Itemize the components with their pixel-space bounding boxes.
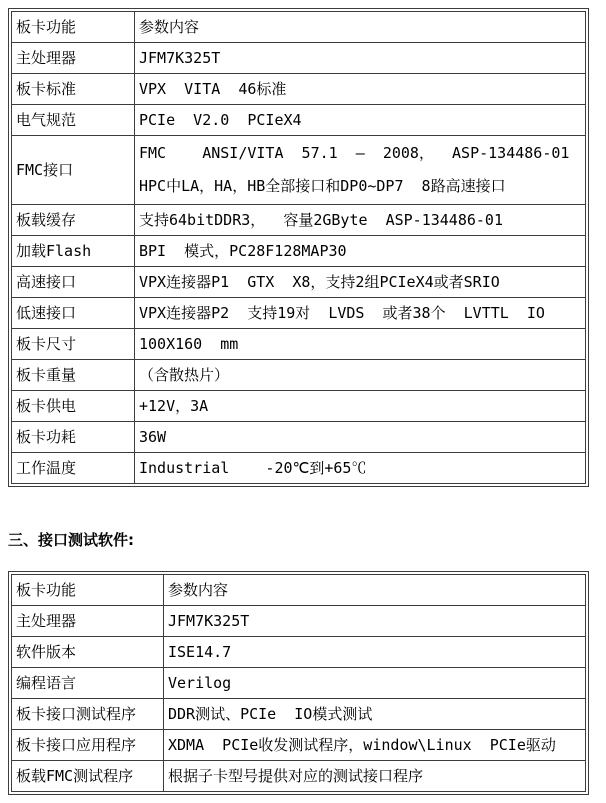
row-label-cell: 板卡标准 bbox=[12, 74, 135, 105]
table-row: 主处理器JFM7K325T bbox=[12, 43, 586, 74]
row-label-cell: 板载缓存 bbox=[12, 205, 135, 236]
table-row: 软件版本ISE14.7 bbox=[12, 637, 586, 668]
table-row: 板载缓存支持64bitDDR3， 容量2GByte ASP-134486-01 bbox=[12, 205, 586, 236]
row-value-cell: 参数内容 bbox=[135, 12, 586, 43]
table-row: FMC接口FMC ANSI/VITA 57.1 – 2008， ASP-1344… bbox=[12, 136, 586, 205]
row-value-cell: FMC ANSI/VITA 57.1 – 2008， ASP-134486-01… bbox=[135, 136, 586, 205]
row-value-cell: 支持64bitDDR3， 容量2GByte ASP-134486-01 bbox=[135, 205, 586, 236]
table-row: 板卡功能参数内容 bbox=[12, 575, 586, 606]
table-row: 低速接口VPX连接器P2 支持19对 LVDS 或者38个 LVTTL IO bbox=[12, 298, 586, 329]
board-spec-table-body: 板卡功能参数内容主处理器JFM7K325T板卡标准VPX VITA 46标准电气… bbox=[12, 12, 586, 484]
row-label-cell: 编程语言 bbox=[12, 668, 164, 699]
software-spec-table-body: 板卡功能参数内容主处理器JFM7K325T软件版本ISE14.7编程语言Veri… bbox=[12, 575, 586, 792]
table-row: 板卡标准VPX VITA 46标准 bbox=[12, 74, 586, 105]
row-label-cell: 板卡功能 bbox=[12, 575, 164, 606]
row-value-line: HPC中LA，HA，HB全部接口和DP0~DP7 8路高速接口 bbox=[139, 177, 581, 196]
software-spec-table: 板卡功能参数内容主处理器JFM7K325T软件版本ISE14.7编程语言Veri… bbox=[11, 574, 586, 792]
row-label-cell: 软件版本 bbox=[12, 637, 164, 668]
row-value-cell: （含散热片） bbox=[135, 360, 586, 391]
row-value-cell: 36W bbox=[135, 422, 586, 453]
table-row: 板卡供电+12V，3A bbox=[12, 391, 586, 422]
row-value-cell: JFM7K325T bbox=[164, 606, 586, 637]
table-row: 板卡接口应用程序XDMA PCIe收发测试程序，window\Linux PCI… bbox=[12, 730, 586, 761]
row-label-cell: 加载Flash bbox=[12, 236, 135, 267]
row-value-cell: VPX连接器P1 GTX X8，支持2组PCIeX4或者SRIO bbox=[135, 267, 586, 298]
row-value-cell: PCIe V2.0 PCIeX4 bbox=[135, 105, 586, 136]
table-row: 板卡尺寸100X160 mm bbox=[12, 329, 586, 360]
board-spec-table-frame: 板卡功能参数内容主处理器JFM7K325T板卡标准VPX VITA 46标准电气… bbox=[8, 8, 589, 487]
row-label-cell: 主处理器 bbox=[12, 606, 164, 637]
row-label-cell: 板卡接口测试程序 bbox=[12, 699, 164, 730]
row-value-cell: VPX连接器P2 支持19对 LVDS 或者38个 LVTTL IO bbox=[135, 298, 586, 329]
row-value-cell: +12V，3A bbox=[135, 391, 586, 422]
row-label-cell: 低速接口 bbox=[12, 298, 135, 329]
section-heading: 三、接口测试软件: bbox=[8, 529, 598, 550]
board-spec-table: 板卡功能参数内容主处理器JFM7K325T板卡标准VPX VITA 46标准电气… bbox=[11, 11, 586, 484]
table-row: 编程语言Verilog bbox=[12, 668, 586, 699]
row-label-cell: 高速接口 bbox=[12, 267, 135, 298]
row-label-cell: FMC接口 bbox=[12, 136, 135, 205]
row-label-cell: 板卡尺寸 bbox=[12, 329, 135, 360]
row-label-cell: 主处理器 bbox=[12, 43, 135, 74]
table-row: 板卡重量（含散热片） bbox=[12, 360, 586, 391]
table-row: 加载FlashBPI 模式，PC28F128MAP30 bbox=[12, 236, 586, 267]
table-row: 板卡功能参数内容 bbox=[12, 12, 586, 43]
row-value-cell: JFM7K325T bbox=[135, 43, 586, 74]
table-row: 板卡功耗36W bbox=[12, 422, 586, 453]
row-label-cell: 板卡功耗 bbox=[12, 422, 135, 453]
row-label-cell: 板卡供电 bbox=[12, 391, 135, 422]
row-value-cell: 参数内容 bbox=[164, 575, 586, 606]
table-row: 工作温度Industrial -20℃到+65℃ bbox=[12, 453, 586, 484]
software-spec-table-frame: 板卡功能参数内容主处理器JFM7K325T软件版本ISE14.7编程语言Veri… bbox=[8, 571, 589, 795]
row-value-cell: BPI 模式，PC28F128MAP30 bbox=[135, 236, 586, 267]
row-label-cell: 板卡功能 bbox=[12, 12, 135, 43]
row-value-cell: Verilog bbox=[164, 668, 586, 699]
row-label-cell: 工作温度 bbox=[12, 453, 135, 484]
table-row: 电气规范PCIe V2.0 PCIeX4 bbox=[12, 105, 586, 136]
table-row: 主处理器JFM7K325T bbox=[12, 606, 586, 637]
row-value-cell: 100X160 mm bbox=[135, 329, 586, 360]
row-value-cell: ISE14.7 bbox=[164, 637, 586, 668]
row-label-cell: 板卡重量 bbox=[12, 360, 135, 391]
table-row: 高速接口VPX连接器P1 GTX X8，支持2组PCIeX4或者SRIO bbox=[12, 267, 586, 298]
row-value-cell: DDR测试、PCIe IO模式测试 bbox=[164, 699, 586, 730]
row-value-cell: VPX VITA 46标准 bbox=[135, 74, 586, 105]
table-row: 板卡接口测试程序DDR测试、PCIe IO模式测试 bbox=[12, 699, 586, 730]
row-label-cell: 电气规范 bbox=[12, 105, 135, 136]
row-value-cell: XDMA PCIe收发测试程序，window\Linux PCIe驱动 bbox=[164, 730, 586, 761]
row-value-line: FMC ANSI/VITA 57.1 – 2008， ASP-134486-01 bbox=[139, 144, 581, 163]
row-label-cell: 板卡接口应用程序 bbox=[12, 730, 164, 761]
row-value-cell: 根据子卡型号提供对应的测试接口程序 bbox=[164, 761, 586, 792]
table-row: 板载FMC测试程序根据子卡型号提供对应的测试接口程序 bbox=[12, 761, 586, 792]
row-label-cell: 板载FMC测试程序 bbox=[12, 761, 164, 792]
row-value-cell: Industrial -20℃到+65℃ bbox=[135, 453, 586, 484]
